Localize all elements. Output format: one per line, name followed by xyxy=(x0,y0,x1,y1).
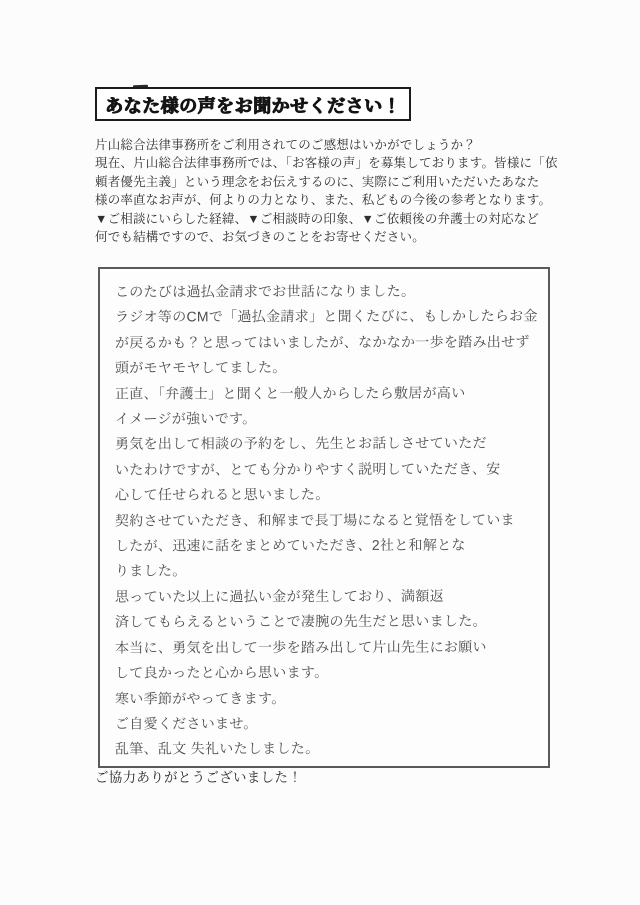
testimonial-handwritten-line: 乱筆、乱文 失礼いたしました。 xyxy=(115,736,535,763)
testimonial-handwritten-line: が戻るかも？と思ってはいましたが、なかなか一歩を踏み出せず xyxy=(115,329,535,356)
testimonial-handwritten-line: 本当に、勇気を出して一歩を踏み出して片山先生にお願い xyxy=(115,634,535,661)
testimonial-handwritten-line: ご自愛くださいませ。 xyxy=(115,710,535,737)
testimonial-handwritten-line: 勇気を出して相談の予約をし、先生とお話しさせていただ xyxy=(115,431,535,458)
testimonial-handwritten-line: このたびは過払金請求でお世話になりました。 xyxy=(115,278,535,305)
testimonial-handwritten-line: 済してもらえるということで凄腕の先生だと思いました。 xyxy=(115,609,535,636)
testimonial-handwritten-line: したが、迅速に話をまとめていただき、2社と和解とな xyxy=(115,533,535,560)
intro-line: 何でも結構ですので、お気づきのことをお寄せください。 xyxy=(95,228,573,246)
testimonial-handwritten-line: して良かったと心から思います。 xyxy=(115,660,535,687)
page-title-box: あなた様の声をお聞かせください！ xyxy=(95,87,411,121)
intro-line: 様の率直なお声が、何よりの力となり、また、私どもの今後の参考となります。 xyxy=(95,191,573,209)
testimonial-handwritten-line: 契約させていただき、和解まで長丁場になると覚悟をしていま xyxy=(115,507,535,534)
page-title: あなた様の声をお聞かせください！ xyxy=(105,92,401,118)
testimonial-box: このたびは過払金請求でお世話になりました。ラジオ等のCMで「過払金請求」と聞くた… xyxy=(98,267,550,768)
testimonial-handwritten-line: 心して任せられると思いました。 xyxy=(115,482,535,509)
scanned-feedback-form: あなた様の声をお聞かせください！ 片山総合法律事務所をご利用されてのご感想はいか… xyxy=(0,0,640,905)
intro-line: ▼ご相談にいらした経緯、▼ご相談時の印象、▼ご依頼後の弁護士の対応など xyxy=(95,210,573,228)
intro-line: 片山総合法律事務所をご利用されてのご感想はいかがでしょうか？ xyxy=(95,136,573,154)
testimonial-handwritten-line: 寒い季節がやってきます。 xyxy=(115,685,535,712)
testimonial-handwritten-line: 思っていた以上に過払い金が発生しており、満額返 xyxy=(115,583,535,610)
thanks-note: ご協力ありがとうございました！ xyxy=(95,766,302,786)
testimonial-handwritten-line: いたわけですが、とても分かりやすく説明していただき、安 xyxy=(115,456,535,483)
intro-line: 頼者優先主義」という理念をお伝えするのに、実際にご利用いただいたあなた xyxy=(95,173,573,191)
testimonial-handwritten-line: 頭がモヤモヤしてました。 xyxy=(115,355,535,382)
intro-line: 現在、片山総合法律事務所では、「お客様の声」を募集しております。皆様に「依 xyxy=(95,154,573,172)
testimonial-handwritten-line: 正直、「弁護士」と聞くと一般人からしたら敷居が高い xyxy=(115,380,535,407)
testimonial-handwritten-line: ラジオ等のCMで「過払金請求」と聞くたびに、もしかしたらお金 xyxy=(115,304,535,331)
testimonial-handwritten-line: イメージが強いです。 xyxy=(115,405,535,432)
intro-paragraph: 片山総合法律事務所をご利用されてのご感想はいかがでしょうか？現在、片山総合法律事… xyxy=(95,136,573,246)
testimonial-handwritten-line: りました。 xyxy=(115,558,535,585)
